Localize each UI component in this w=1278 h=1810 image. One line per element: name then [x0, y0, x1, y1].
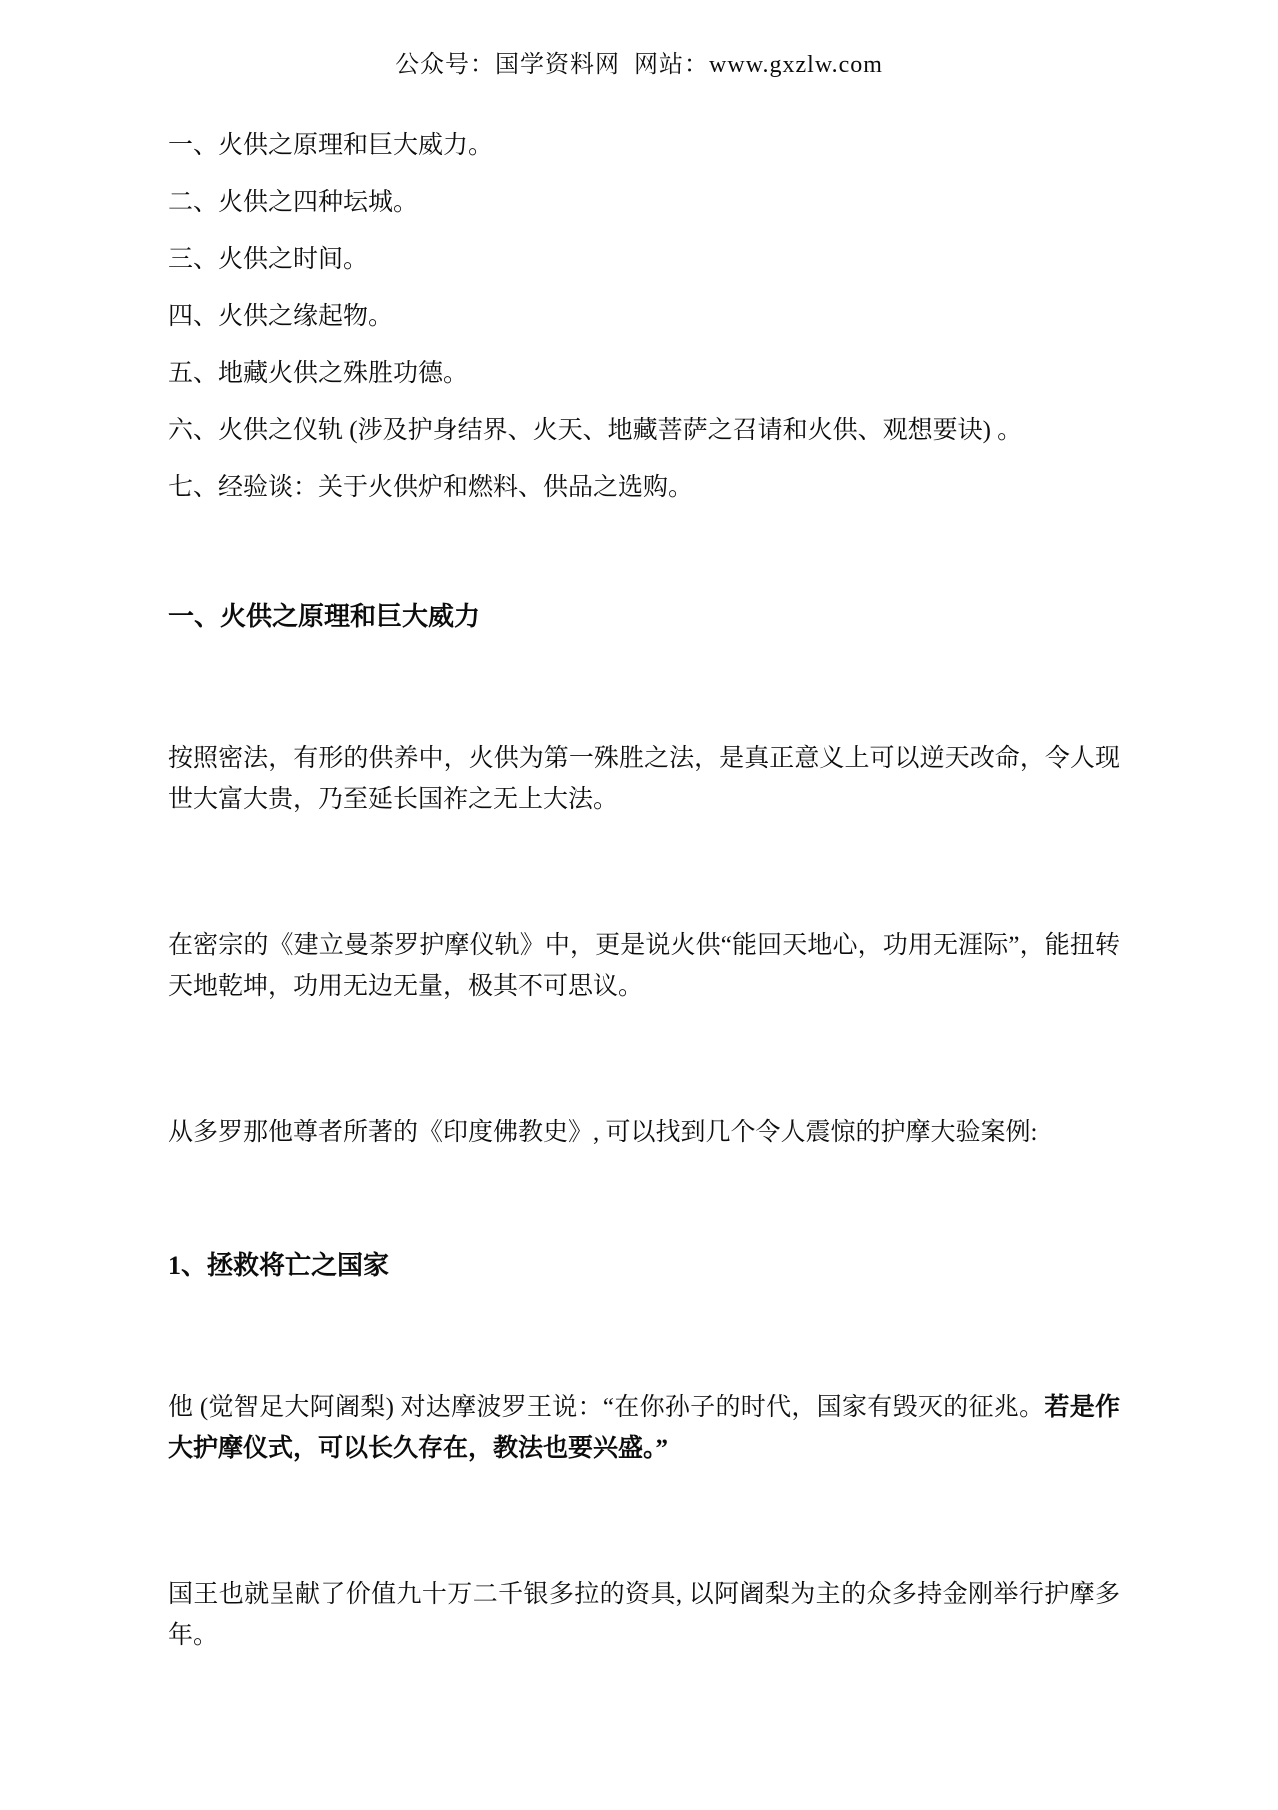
paragraph-acharya-quote: 他 (觉智足大阿阇梨) 对达摩波罗王说：“在你孙子的时代，国家有毁灭的征兆。若是… — [168, 1387, 1120, 1469]
paragraph-mandala-ritual: 在密宗的《建立曼荼罗护摩仪轨》中，更是说火供“能回天地心，功用无涯际”，能扭转天… — [168, 925, 1120, 1007]
toc-item-4: 四、火供之缘起物。 — [168, 304, 1120, 329]
sub-heading-rescue-nation: 1、拯救将亡之国家 — [168, 1245, 1120, 1282]
page-header-source-line: 公众号：国学资料网 网站：www.gxzlw.com — [0, 0, 1278, 79]
paragraph-acharya-quote-normal: 他 (觉智足大阿阇梨) 对达摩波罗王说：“在你孙子的时代，国家有毁灭的征兆。 — [168, 1394, 1044, 1421]
section-heading-1: 一、火供之原理和巨大威力 — [168, 596, 1120, 633]
toc-item-7: 七、经验谈：关于火供炉和燃料、供品之选购。 — [168, 475, 1120, 500]
paragraph-king-offering: 国王也就呈献了价值九十万二千银多拉的资具, 以阿阇梨为主的众多持金刚举行护摩多年… — [168, 1574, 1120, 1656]
toc-item-3: 三、火供之时间。 — [168, 247, 1120, 272]
table-of-contents: 一、火供之原理和巨大威力。 二、火供之四种坛城。 三、火供之时间。 四、火供之缘… — [168, 79, 1120, 500]
paragraph-history-cases: 从多罗那他尊者所著的《印度佛教史》, 可以找到几个令人震惊的护摩大验案例: — [168, 1112, 1120, 1153]
toc-item-1: 一、火供之原理和巨大威力。 — [168, 133, 1120, 158]
document-page: 公众号：国学资料网 网站：www.gxzlw.com 一、火供之原理和巨大威力。… — [0, 0, 1278, 1810]
toc-item-2: 二、火供之四种坛城。 — [168, 190, 1120, 215]
toc-item-5: 五、地藏火供之殊胜功德。 — [168, 361, 1120, 386]
toc-item-6: 六、火供之仪轨 (涉及护身结界、火天、地藏菩萨之召请和火供、观想要诀) 。 — [168, 418, 1120, 443]
paragraph-principle: 按照密法，有形的供养中，火供为第一殊胜之法，是真正意义上可以逆天改命，令人现世大… — [168, 738, 1120, 820]
document-body: 一、火供之原理和巨大威力。 二、火供之四种坛城。 三、火供之时间。 四、火供之缘… — [0, 79, 1278, 1656]
